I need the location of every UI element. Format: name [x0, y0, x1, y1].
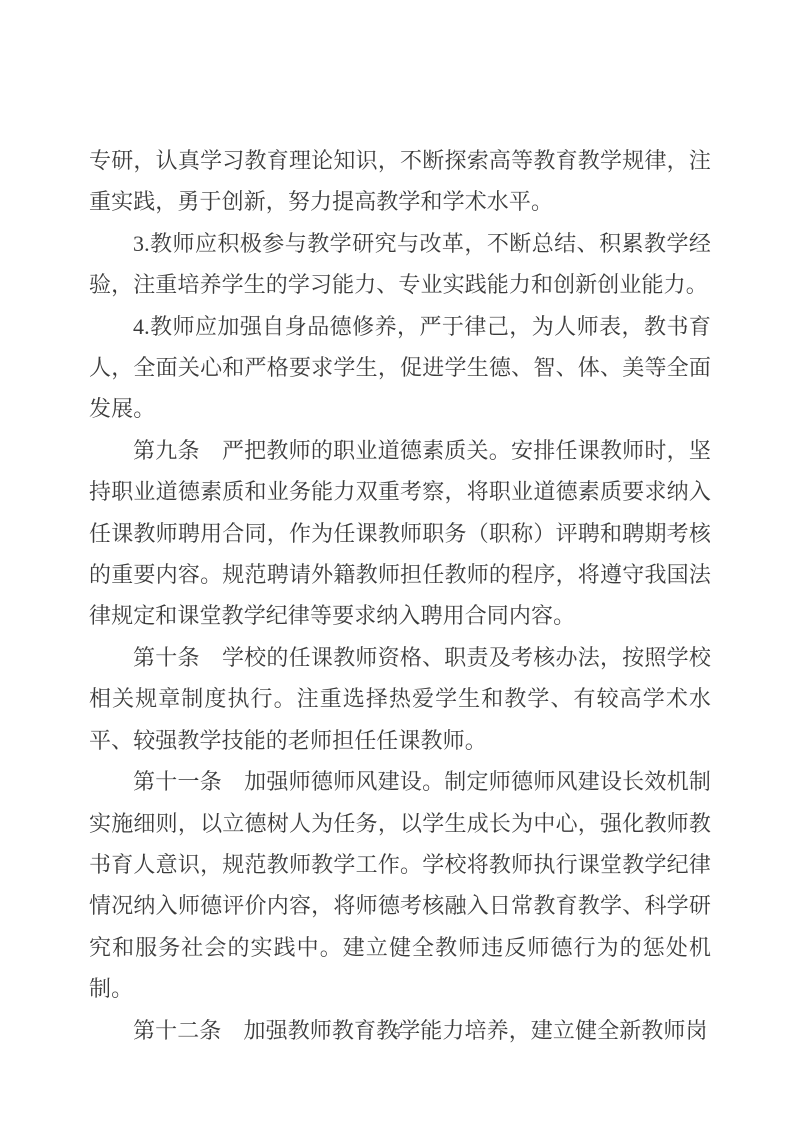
paragraph: 3.教师应积极参与教学研究与改革，不断总结、积累教学经验，注重培养学生的学习能力…	[89, 223, 711, 306]
paragraph-article-10: 第十条 学校的任课教师资格、职责及考核办法，按照学校相关规章制度执行。注重选择热…	[89, 637, 711, 761]
paragraph: 4.教师应加强自身品德修养，严于律己，为人师表，教书育人，全面关心和严格要求学生…	[89, 306, 711, 430]
paragraph: 专研，认真学习教育理论知识，不断探索高等教育教学规律，注重实践，勇于创新，努力提…	[89, 140, 711, 223]
page-footer: 5	[0, 1024, 794, 1042]
paragraph-article-11: 第十一条 加强师德师风建设。制定师德师风建设长效机制实施细则，以立德树人为任务，…	[89, 761, 711, 1009]
page-number: 5	[394, 1025, 401, 1040]
paragraph-article-9: 第九条 严把教师的职业道德素质关。安排任课教师时，坚持职业道德素质和业务能力双重…	[89, 430, 711, 637]
document-page: 专研，认真学习教育理论知识，不断探索高等教育教学规律，注重实践，勇于创新，努力提…	[0, 0, 794, 1123]
document-body: 专研，认真学习教育理论知识，不断探索高等教育教学规律，注重实践，勇于创新，努力提…	[89, 140, 711, 1051]
